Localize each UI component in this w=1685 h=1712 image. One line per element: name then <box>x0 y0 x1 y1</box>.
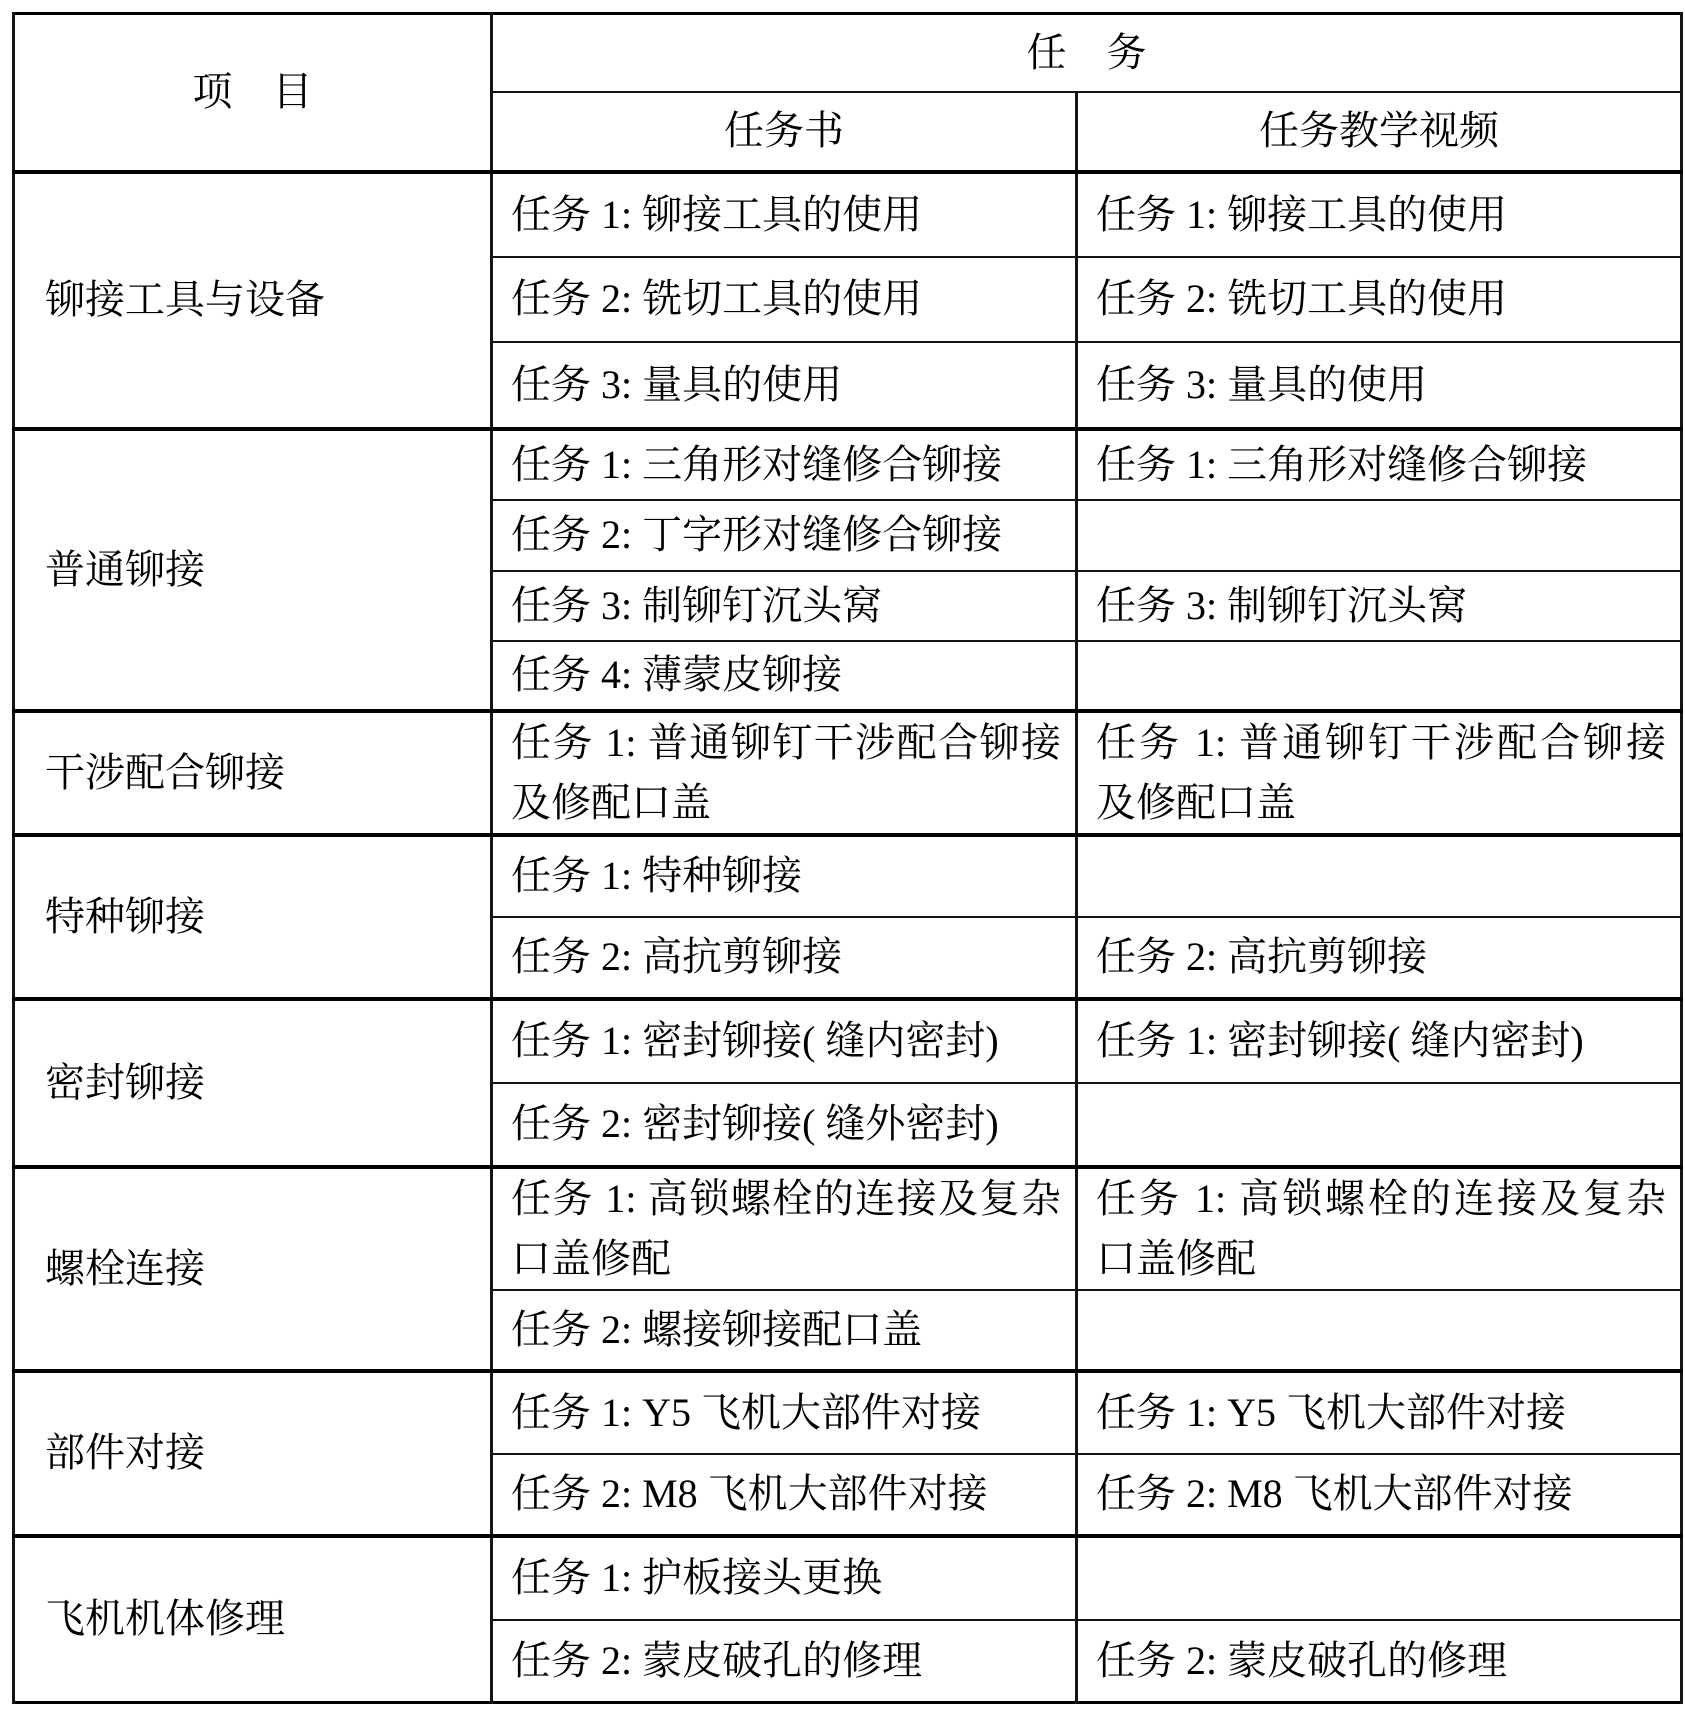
task-video-cell: 任务 3: 量具的使用 <box>1077 342 1682 429</box>
task-book-cell: 任务 1: Y5 飞机大部件对接 <box>492 1371 1077 1454</box>
task-video-cell: 任务 2: M8 飞机大部件对接 <box>1077 1454 1682 1536</box>
header-task: 任 务 <box>492 14 1682 92</box>
task-video-cell <box>1077 1083 1682 1167</box>
task-video-cell <box>1077 641 1682 711</box>
header-task-book: 任务书 <box>492 92 1077 172</box>
task-book-cell: 任务 2: M8 飞机大部件对接 <box>492 1454 1077 1536</box>
project-group-cell: 铆接工具与设备 <box>14 172 492 429</box>
project-group-cell: 螺栓连接 <box>14 1167 492 1371</box>
task-video-cell <box>1077 1536 1682 1620</box>
task-book-cell: 任务 2: 丁字形对缝修合铆接 <box>492 500 1077 571</box>
project-group-cell: 密封铆接 <box>14 999 492 1167</box>
task-video-cell: 任务 2: 蒙皮破孔的修理 <box>1077 1620 1682 1703</box>
project-group-cell: 部件对接 <box>14 1371 492 1536</box>
task-book-cell: 任务 4: 薄蒙皮铆接 <box>492 641 1077 711</box>
task-video-cell: 任务 1: 密封铆接( 缝内密封) <box>1077 999 1682 1083</box>
task-book-cell: 任务 1: 特种铆接 <box>492 835 1077 917</box>
task-video-cell: 任务 1: 三角形对缝修合铆接 <box>1077 429 1682 500</box>
project-group-cell: 普通铆接 <box>14 429 492 711</box>
project-group-cell: 特种铆接 <box>14 835 492 999</box>
task-video-cell: 任务 1: 高锁螺栓的连接及复杂口盖修配 <box>1077 1167 1682 1290</box>
header-project: 项 目 <box>14 14 492 172</box>
task-book-cell: 任务 3: 量具的使用 <box>492 342 1077 429</box>
task-video-cell: 任务 1: 铆接工具的使用 <box>1077 172 1682 257</box>
project-group-cell: 干涉配合铆接 <box>14 711 492 835</box>
task-book-cell: 任务 1: 三角形对缝修合铆接 <box>492 429 1077 500</box>
task-book-cell: 任务 1: 护板接头更换 <box>492 1536 1077 1620</box>
task-video-cell: 任务 2: 高抗剪铆接 <box>1077 917 1682 999</box>
header-task-video: 任务教学视频 <box>1077 92 1682 172</box>
task-book-cell: 任务 2: 铣切工具的使用 <box>492 257 1077 342</box>
task-book-cell: 任务 2: 密封铆接( 缝外密封) <box>492 1083 1077 1167</box>
task-video-cell: 任务 2: 铣切工具的使用 <box>1077 257 1682 342</box>
project-group-cell: 飞机机体修理 <box>14 1536 492 1703</box>
task-book-cell: 任务 1: 普通铆钉干涉配合铆接及修配口盖 <box>492 711 1077 835</box>
task-book-cell: 任务 3: 制铆钉沉头窝 <box>492 571 1077 641</box>
task-book-cell: 任务 2: 螺接铆接配口盖 <box>492 1290 1077 1371</box>
task-video-cell: 任务 1: 普通铆钉干涉配合铆接及修配口盖 <box>1077 711 1682 835</box>
task-video-cell: 任务 3: 制铆钉沉头窝 <box>1077 571 1682 641</box>
task-video-cell: 任务 1: Y5 飞机大部件对接 <box>1077 1371 1682 1454</box>
task-video-cell <box>1077 1290 1682 1371</box>
course-task-table: 项 目 任 务 任务书 任务教学视频 铆接工具与设备 任务 1: 铆接工具的使用… <box>12 12 1683 1704</box>
task-video-cell <box>1077 835 1682 917</box>
task-book-cell: 任务 1: 铆接工具的使用 <box>492 172 1077 257</box>
document-page: 项 目 任 务 任务书 任务教学视频 铆接工具与设备 任务 1: 铆接工具的使用… <box>0 0 1685 1712</box>
task-book-cell: 任务 2: 高抗剪铆接 <box>492 917 1077 999</box>
task-video-cell <box>1077 500 1682 571</box>
task-book-cell: 任务 1: 高锁螺栓的连接及复杂口盖修配 <box>492 1167 1077 1290</box>
task-book-cell: 任务 1: 密封铆接( 缝内密封) <box>492 999 1077 1083</box>
task-book-cell: 任务 2: 蒙皮破孔的修理 <box>492 1620 1077 1703</box>
